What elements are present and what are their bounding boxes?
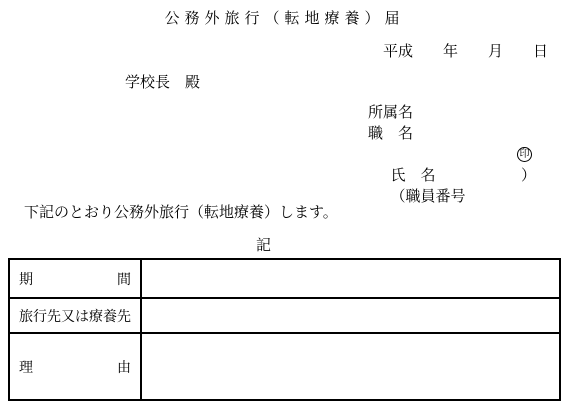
seal-icon: 印	[517, 147, 532, 162]
period-value-cell	[142, 260, 559, 297]
staff-number-label: （職員番号	[391, 189, 466, 205]
position-label: 職 名	[368, 124, 538, 145]
table-row-reason: 理 由	[10, 332, 559, 399]
document-page: 公務外旅行（転地療養）届 平成 年 月 日 学校長 殿 所属名 職 名 氏 名 …	[0, 0, 569, 402]
destination-label-start: 旅行先又は療養先	[19, 306, 131, 326]
form-table: 期 間 旅行先又は療養先 理 由	[8, 258, 561, 401]
destination-label-cell: 旅行先又は療養先	[10, 299, 142, 332]
name-line: 氏 名 印	[368, 145, 538, 166]
staff-number-line: （職員番号 ）	[368, 166, 538, 187]
period-label-end: 間	[117, 269, 131, 289]
period-label-start: 期	[19, 269, 33, 289]
addressee-line: 学校長 殿	[125, 71, 200, 92]
seal-char: 印	[520, 150, 530, 160]
destination-value-cell	[142, 299, 559, 332]
period-label-cell: 期 間	[10, 260, 142, 297]
reason-label-start: 理	[19, 357, 33, 377]
staff-number-close-paren: ）	[521, 166, 536, 187]
date-line: 平成 年 月 日	[383, 40, 548, 61]
body-text: 下記のとおり公務外旅行（転地療養）します。	[24, 201, 338, 222]
record-heading: 記	[0, 234, 527, 255]
table-row-period: 期 間	[10, 260, 559, 297]
reason-label-cell: 理 由	[10, 334, 142, 399]
reason-label-end: 由	[117, 357, 131, 377]
reason-value-cell	[142, 334, 559, 399]
table-row-destination: 旅行先又は療養先	[10, 297, 559, 332]
applicant-block: 所属名 職 名 氏 名 印 （職員番号 ）	[368, 103, 538, 187]
affiliation-label: 所属名	[368, 103, 538, 124]
page-title: 公務外旅行（転地療養）届	[0, 7, 569, 28]
